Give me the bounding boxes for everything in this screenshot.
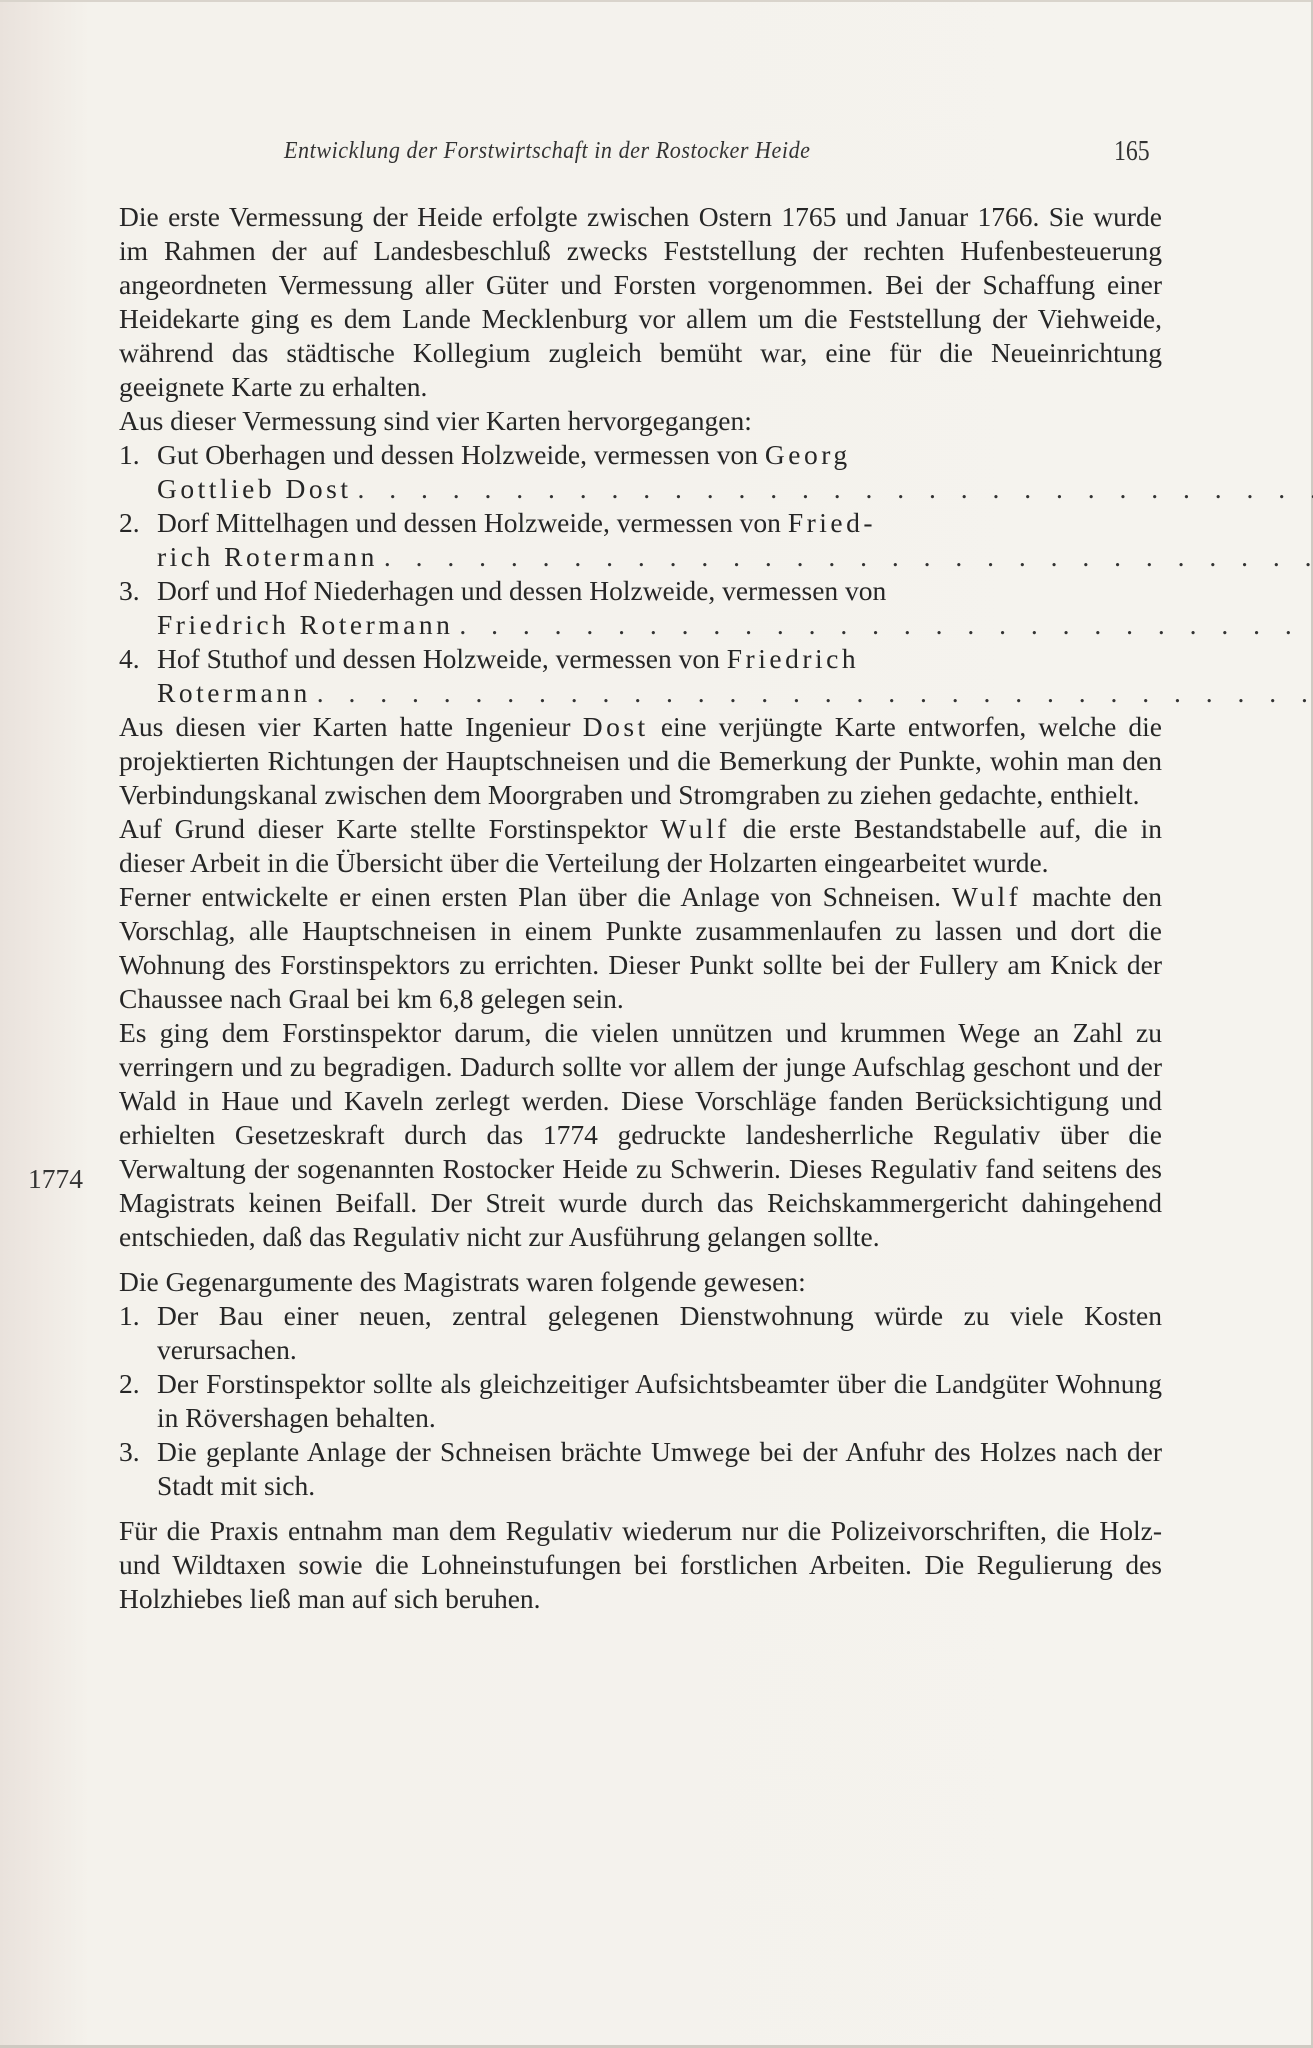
surveyor-name: Friedrich bbox=[727, 643, 859, 674]
running-head: Entwicklung der Forstwirtschaft in der R… bbox=[0, 138, 1313, 168]
dot-leader bbox=[384, 540, 1313, 574]
counter-arguments-list: 1. Der Bau einer neuen, zentral gelegene… bbox=[119, 1299, 1162, 1503]
surveyor-name: Gottlieb Dost bbox=[157, 472, 351, 506]
maps-list-item: 4. Hof Stuthof und dessen Holzweide, ver… bbox=[119, 642, 1162, 710]
paragraph-practice: Für die Praxis entnahm man dem Regulativ… bbox=[119, 1514, 1162, 1616]
counter-argument-item: 1. Der Bau einer neuen, zentral gelegene… bbox=[119, 1299, 1162, 1367]
surveyor-name: Fried- bbox=[788, 507, 876, 538]
paragraph-wulf-table: Auf Grund dieser Karte stellte Forstinsp… bbox=[119, 812, 1162, 880]
surveyor-name: rich Rotermann bbox=[157, 540, 378, 574]
list-number: 1. bbox=[119, 438, 157, 472]
paragraph-first-survey: Die erste Vermessung der Heide erfolgte … bbox=[119, 200, 1162, 404]
dot-leader bbox=[357, 472, 1313, 506]
maps-list: 1. Gut Oberhagen und dessen Holzweide, v… bbox=[119, 438, 1162, 710]
surveyor-name: Rotermann bbox=[157, 676, 311, 710]
surveyor-name: Friedrich Rotermann bbox=[157, 608, 453, 642]
counter-argument-item: 3. Die geplante Anlage der Schneisen brä… bbox=[119, 1435, 1162, 1503]
paragraph-maps-intro: Aus dieser Vermessung sind vier Karten h… bbox=[119, 404, 1162, 438]
maps-list-item: 1. Gut Oberhagen und dessen Holzweide, v… bbox=[119, 438, 1162, 506]
person-name: Wulf bbox=[660, 813, 729, 844]
running-title: Entwicklung der Forstwirtschaft in der R… bbox=[284, 138, 811, 165]
paragraph-wulf-plan: Ferner entwickelte er einen ersten Plan … bbox=[119, 880, 1162, 1016]
list-number: 2. bbox=[119, 1367, 157, 1401]
counter-argument-item: 2. Der Forstinspektor sollte als gleichz… bbox=[119, 1367, 1162, 1435]
list-number: 3. bbox=[119, 574, 157, 608]
maps-list-item: 2. Dorf Mittelhagen und dessen Holzweide… bbox=[119, 506, 1162, 574]
paragraph-regulativ-1774: Es ging dem Forstinspektor darum, die vi… bbox=[119, 1016, 1162, 1254]
margin-year-note: 1774 bbox=[28, 1163, 83, 1195]
list-number: 2. bbox=[119, 506, 157, 540]
page-number: 165 bbox=[1114, 136, 1150, 168]
dot-leader bbox=[317, 676, 1313, 710]
surveyor-name: Georg bbox=[765, 439, 851, 470]
paragraph-dost-map: Aus diesen vier Karten hatte Ingenieur D… bbox=[119, 710, 1162, 812]
dot-leader bbox=[459, 608, 1313, 642]
person-name: Dost bbox=[583, 711, 649, 742]
list-number: 3. bbox=[119, 1435, 157, 1469]
list-number: 1. bbox=[119, 1299, 157, 1333]
paragraph-counter-intro: Die Gegenargumente des Magistrats waren … bbox=[119, 1265, 1162, 1299]
body-text: Die erste Vermessung der Heide erfolgte … bbox=[119, 200, 1162, 1616]
list-number: 4. bbox=[119, 642, 157, 676]
book-page: Entwicklung der Forstwirtschaft in der R… bbox=[0, 0, 1313, 2048]
person-name: Wulf bbox=[952, 881, 1021, 912]
maps-list-item: 3. Dorf und Hof Niederhagen und dessen H… bbox=[119, 574, 1162, 642]
